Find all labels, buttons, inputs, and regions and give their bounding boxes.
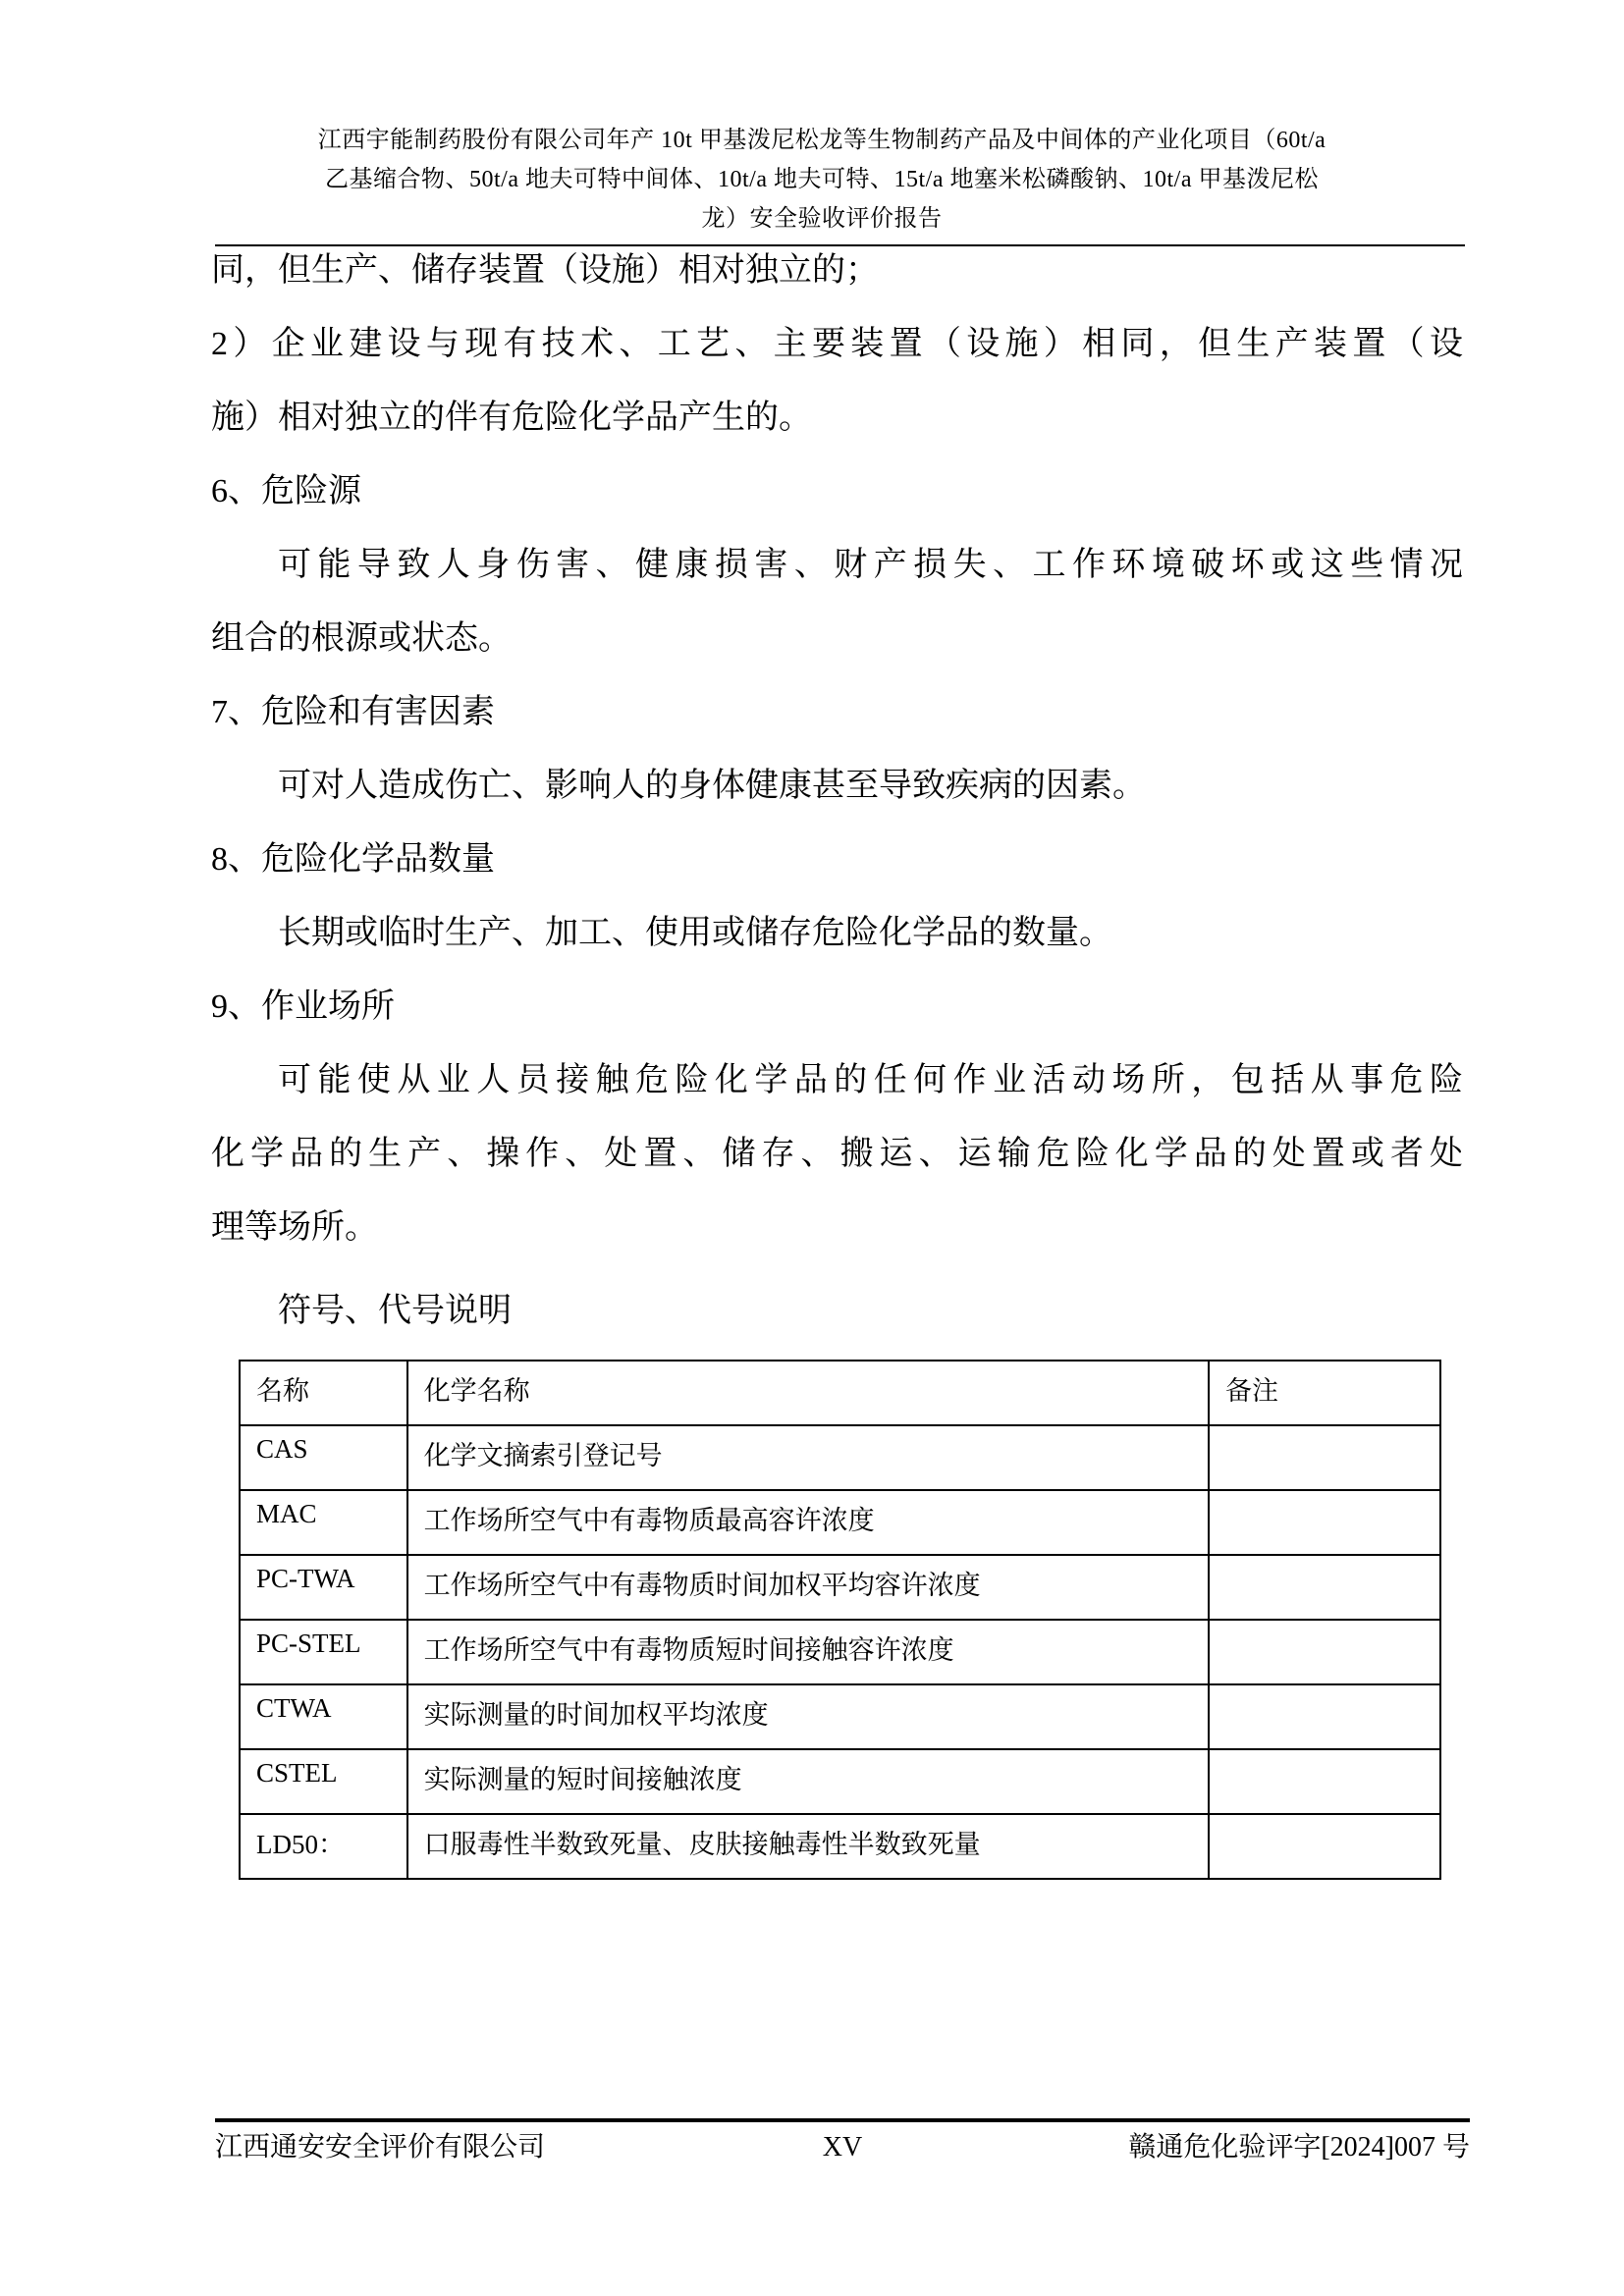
cell-note xyxy=(1209,1749,1440,1814)
header-title-line: 乙基缩合物、50t/a 地夫可特中间体、10t/a 地夫可特、15t/a 地塞米… xyxy=(179,160,1465,199)
body-line: 8、危险化学品数量 xyxy=(211,823,1463,896)
cell-code: CAS xyxy=(240,1425,407,1490)
cell-code: MAC xyxy=(240,1490,407,1555)
footer-company: 江西通安安全评价有限公司 xyxy=(215,2128,545,2167)
cell-desc: 工作场所空气中有毒物质时间加权平均容许浓度 xyxy=(407,1555,1209,1620)
table-header-row: 名称 化学名称 备注 xyxy=(240,1361,1440,1425)
page-footer: XV 江西通安安全评价有限公司 赣通危化验评字[2024]007 号 xyxy=(215,2128,1470,2167)
body-line: 施）相对独立的伴有危险化学品产生的。 xyxy=(211,381,1463,454)
symbols-section-heading: 符号、代号说明 xyxy=(211,1274,1463,1348)
body-text: 同，但生产、储存装置（设施）相对独立的； 2）企业建设与现有技术、工艺、主要装置… xyxy=(211,234,1463,1264)
table-row: PC-STEL 工作场所空气中有毒物质短时间接触容许浓度 xyxy=(240,1620,1440,1684)
cell-code: PC-STEL xyxy=(240,1620,407,1684)
cell-note xyxy=(1209,1684,1440,1749)
cell-note xyxy=(1209,1555,1440,1620)
body-line: 组合的根源或状态。 xyxy=(211,602,1463,675)
body-line: 可对人造成伤亡、影响人的身体健康甚至导致疾病的因素。 xyxy=(211,749,1463,823)
cell-desc: 实际测量的短时间接触浓度 xyxy=(407,1749,1209,1814)
table-header-name: 名称 xyxy=(240,1361,407,1425)
body-line: 长期或临时生产、加工、使用或储存危险化学品的数量。 xyxy=(211,896,1463,970)
cell-note xyxy=(1209,1620,1440,1684)
table-row: PC-TWA 工作场所空气中有毒物质时间加权平均容许浓度 xyxy=(240,1555,1440,1620)
header-title-line: 龙）安全验收评价报告 xyxy=(179,199,1465,239)
cell-code: PC-TWA xyxy=(240,1555,407,1620)
cell-note xyxy=(1209,1814,1440,1879)
body-line: 9、作业场所 xyxy=(211,970,1463,1043)
body-line: 6、危险源 xyxy=(211,454,1463,528)
body-line: 可能使从业人员接触危险化学品的任何作业活动场所，包括从事危险 xyxy=(211,1043,1463,1117)
cell-desc: 工作场所空气中有毒物质最高容许浓度 xyxy=(407,1490,1209,1555)
cell-desc: 工作场所空气中有毒物质短时间接触容许浓度 xyxy=(407,1620,1209,1684)
body-line: 化学品的生产、操作、处置、储存、搬运、运输危险化学品的处置或者处 xyxy=(211,1117,1463,1191)
footer-divider xyxy=(215,2118,1470,2122)
symbols-table: 名称 化学名称 备注 CAS 化学文摘索引登记号 MAC 工作场所空气中有毒物质… xyxy=(239,1360,1441,1880)
document-page: 江西宇能制药股份有限公司年产 10t 甲基泼尼松龙等生物制药产品及中间体的产业化… xyxy=(0,0,1624,2296)
cell-note xyxy=(1209,1490,1440,1555)
cell-code: CSTEL xyxy=(240,1749,407,1814)
cell-note xyxy=(1209,1425,1440,1490)
table-row: CAS 化学文摘索引登记号 xyxy=(240,1425,1440,1490)
body-line: 理等场所。 xyxy=(211,1191,1463,1264)
table-row: MAC 工作场所空气中有毒物质最高容许浓度 xyxy=(240,1490,1440,1555)
body-line: 可能导致人身伤害、健康损害、财产损失、工作环境破坏或这些情况 xyxy=(211,528,1463,602)
table-row: LD50： 口服毒性半数致死量、皮肤接触毒性半数致死量 xyxy=(240,1814,1440,1879)
footer-doc-number: 赣通危化验评字[2024]007 号 xyxy=(1128,2128,1470,2167)
table-header-chemical-name: 化学名称 xyxy=(407,1361,1209,1425)
cell-code: LD50： xyxy=(240,1814,407,1879)
body-line: 7、危险和有害因素 xyxy=(211,675,1463,749)
body-line: 2）企业建设与现有技术、工艺、主要装置（设施）相同，但生产装置（设 xyxy=(211,307,1463,381)
cell-code: CTWA xyxy=(240,1684,407,1749)
header-title-line: 江西宇能制药股份有限公司年产 10t 甲基泼尼松龙等生物制药产品及中间体的产业化… xyxy=(179,121,1465,160)
cell-desc: 实际测量的时间加权平均浓度 xyxy=(407,1684,1209,1749)
table-row: CTWA 实际测量的时间加权平均浓度 xyxy=(240,1684,1440,1749)
body-line: 同，但生产、储存装置（设施）相对独立的； xyxy=(211,234,1463,307)
cell-desc: 化学文摘索引登记号 xyxy=(407,1425,1209,1490)
page-header-title: 江西宇能制药股份有限公司年产 10t 甲基泼尼松龙等生物制药产品及中间体的产业化… xyxy=(179,121,1465,239)
table-header-note: 备注 xyxy=(1209,1361,1440,1425)
table-row: CSTEL 实际测量的短时间接触浓度 xyxy=(240,1749,1440,1814)
cell-desc: 口服毒性半数致死量、皮肤接触毒性半数致死量 xyxy=(407,1814,1209,1879)
